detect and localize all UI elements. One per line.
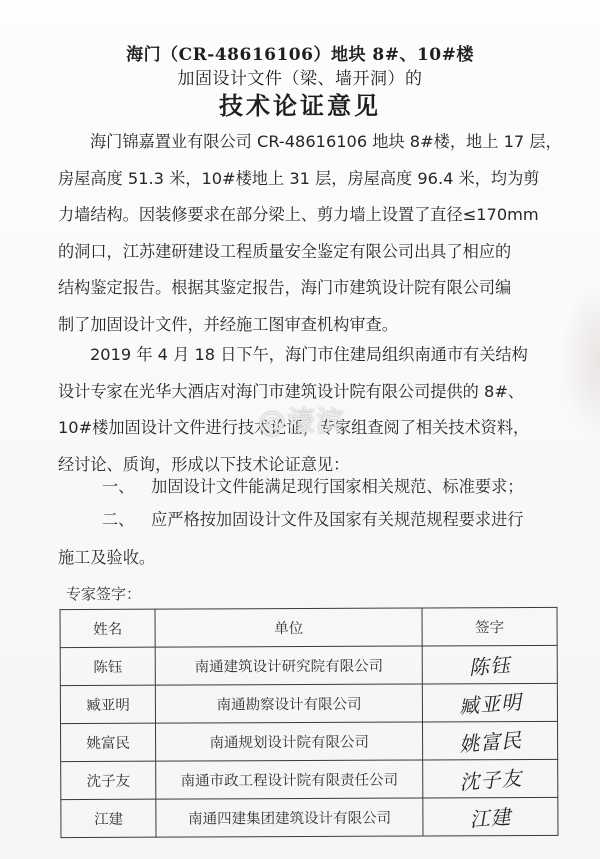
expert-unit: 南通规划设计院有限公司	[156, 722, 423, 761]
expert-signature-cell: 沈子友	[423, 759, 558, 798]
document-main-title: 技术论证意见	[0, 86, 600, 121]
column-header-name: 姓名	[60, 609, 155, 647]
expert-name: 江建	[61, 799, 156, 837]
expert-signature-label: 专家签字：	[66, 583, 141, 604]
paragraph-line: 力墙结构。因装修要求在部分梁上、剪力墙上设置了直径≤170mm	[58, 197, 563, 234]
table-header-row: 姓名 单位 签字	[60, 607, 557, 647]
opinion-text: 加固设计文件能满足现行国家相关规范、标准要求；	[151, 477, 523, 496]
expert-unit: 南通勘察设计有限公司	[156, 684, 423, 723]
watermark: @濠滨	[258, 400, 345, 440]
handwritten-signature: 臧亚明	[457, 686, 522, 720]
opinion-text: 应严格按加固设计文件及国家有关规范规程要求进行	[151, 510, 523, 529]
expert-name: 沈子友	[61, 761, 156, 799]
paragraph-line: 海门锦嘉置业有限公司 CR-48616106 地块 8#楼，地上 17 层，	[58, 124, 563, 161]
table-row: 陈钰 南通建筑设计研究院有限公司 陈钰	[60, 645, 557, 685]
handwritten-signature: 陈钰	[468, 649, 512, 681]
expert-signature-cell: 姚富民	[423, 721, 558, 760]
table-row: 臧亚明 南通勘察设计有限公司 臧亚明	[60, 683, 557, 723]
paragraph-line: 房屋高度 51.3 米，10#楼地上 31 层，房屋高度 96.4 米，均为剪	[58, 161, 563, 198]
expert-name: 姚富民	[61, 723, 156, 761]
expert-unit: 南通市政工程设计院有限责任公司	[156, 760, 423, 799]
expert-signature-cell: 臧亚明	[422, 683, 557, 722]
opinion-number: 一、	[58, 473, 146, 497]
table-row: 沈子友 南通市政工程设计院有限责任公司 沈子友	[61, 759, 558, 799]
paragraph-line: 2019 年 4 月 18 日下午，海门市住建局组织南通市有关结构	[58, 337, 563, 374]
expert-signature-table: 姓名 单位 签字 陈钰 南通建筑设计研究院有限公司 陈钰 臧亚明 南通勘察设计有…	[60, 607, 559, 838]
table-row: 姚富民 南通规划设计院有限公司 姚富民	[61, 721, 558, 761]
expert-signature-cell: 陈钰	[422, 645, 557, 684]
expert-name: 陈钰	[60, 647, 155, 685]
opinion-item-2: 二、 应严格按加固设计文件及国家有关规范规程要求进行	[58, 506, 523, 530]
expert-name: 臧亚明	[60, 685, 155, 723]
handwritten-signature: 江建	[468, 801, 512, 833]
expert-unit: 南通建筑设计研究院有限公司	[155, 646, 422, 685]
expert-signature-cell: 江建	[423, 797, 558, 836]
table-row: 江建 南通四建集团建筑设计有限公司 江建	[61, 797, 558, 837]
opinion-item-1: 一、 加固设计文件能满足现行国家相关规范、标准要求；	[58, 473, 523, 497]
paragraph-background: 海门锦嘉置业有限公司 CR-48616106 地块 8#楼，地上 17 层， 房…	[58, 124, 563, 343]
paragraph-line: 的洞口，江苏建研建设工程质量安全鉴定有限公司出具了相应的	[58, 234, 563, 271]
column-header-signature: 签字	[422, 607, 557, 646]
handwritten-signature: 沈子友	[458, 762, 523, 796]
column-header-unit: 单位	[155, 608, 422, 647]
paragraph-line: 结构鉴定报告。根据其鉴定报告，海门市建筑设计院有限公司编	[58, 270, 563, 307]
opinion-item-2-continuation: 施工及验收。	[58, 544, 155, 568]
handwritten-signature: 姚富民	[458, 724, 523, 758]
document-page: 海门（CR-48616106）地块 8#、10#楼 加固设计文件（梁、墙开洞）的…	[0, 0, 600, 859]
expert-unit: 南通四建集团建筑设计有限公司	[156, 798, 423, 837]
paper-shadow	[560, 280, 600, 440]
opinion-number: 二、	[58, 506, 146, 530]
document-title-line1: 海门（CR-48616106）地块 8#、10#楼	[0, 40, 600, 65]
